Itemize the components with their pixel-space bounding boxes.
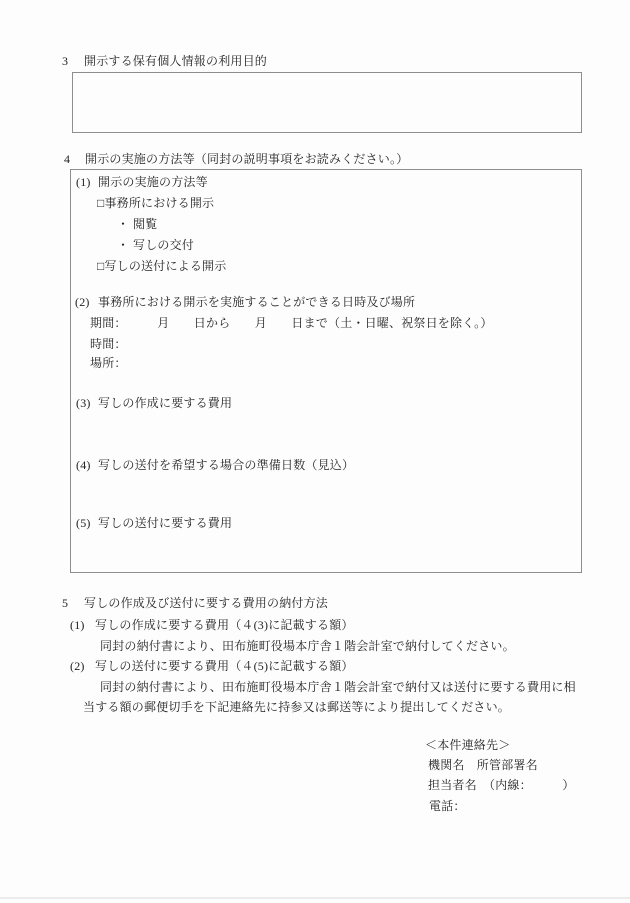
page-bottom-edge [0,897,630,899]
time-field: 時間： [90,335,127,353]
method-option-office: □事務所における開示 [97,194,214,212]
payment-item1-heading: (1)写しの作成に要する費用（４(3)に記載する額） [70,616,354,634]
payment-item2-body-line1: 同封の納付書により、田布施町役場本庁舎１階会計室で納付又は送付に要する費用に相 [100,678,576,696]
method-option-view: ・閲覧 [117,215,157,233]
payment-item2-number: (2) [70,657,95,675]
contact-phone: 電話： [429,797,466,815]
method-item1-heading: (1)開示の実施の方法等 [76,173,208,191]
payment-item2-title: 写しの送付に要する費用（４(5)に記載する額） [95,659,354,673]
place-field: 場所： [90,354,127,372]
method-option-copy-label: 写しの交付 [133,238,194,252]
method-item2-number: (2) [75,293,98,311]
payment-item2-heading: (2)写しの送付に要する費用（４(5)に記載する額） [70,657,354,675]
payment-item1-number: (1) [70,616,95,634]
method-option-office-label: 事務所における開示 [104,196,214,210]
payment-item1-title: 写しの作成に要する費用（４(3)に記載する額） [95,618,354,632]
method-item2-title: 事務所における開示を実施することができる日時及び場所 [98,295,415,309]
section5-heading: 5写しの作成及び送付に要する費用の納付方法 [62,594,328,612]
method-item3-number: (3) [76,394,98,412]
section5-number: 5 [62,594,84,612]
method-item5-heading: (5)写しの送付に要する費用 [76,514,232,532]
method-option-copy: ・写しの交付 [117,236,194,254]
method-item4-title: 写しの送付を希望する場合の準備日数（見込） [98,458,354,472]
method-option-mail: □写しの送付による開示 [97,257,226,275]
method-item5-number: (5) [76,514,98,532]
method-option-view-label: 閲覧 [133,217,157,231]
method-item3-heading: (3)写しの作成に要する費用 [76,394,232,412]
method-item4-number: (4) [76,456,98,474]
method-item1-title: 開示の実施の方法等 [98,175,208,189]
contact-person: 担当者名 （内線： ） [428,776,575,794]
method-item2-heading: (2)事務所における開示を実施することができる日時及び場所 [75,293,415,311]
section3-title: 開示する保有個人情報の利用目的 [84,54,267,68]
method-option-mail-label: 写しの送付による開示 [104,259,226,273]
period-field: 期間： 月 日から 月 日まで（土・日曜、祝祭日を除く。） [90,314,493,332]
section4-title: 開示の実施の方法等（同封の説明事項をお読みください。） [85,152,408,166]
method-item1-number: (1) [76,173,98,191]
payment-item2-body-line2: 当する額の郵便切手を下記連絡先に持参又は郵送等により提出してください。 [83,698,510,716]
contact-org: 機関名 所管部署名 [428,756,538,774]
method-item4-heading: (4)写しの送付を希望する場合の準備日数（見込） [76,456,354,474]
bullet-icon: ・ [117,236,133,254]
section3-heading: 3開示する保有個人情報の利用目的 [62,52,267,70]
section5-title: 写しの作成及び送付に要する費用の納付方法 [84,596,328,610]
document-page: 3開示する保有個人情報の利用目的 4開示の実施の方法等（同封の説明事項をお読みく… [0,0,630,903]
contact-header: ＜本件連絡先＞ [425,736,510,754]
method-item5-title: 写しの送付に要する費用 [98,516,232,530]
method-item3-title: 写しの作成に要する費用 [98,396,232,410]
purpose-box [72,72,582,133]
bullet-icon: ・ [117,215,133,233]
section4-heading: 4開示の実施の方法等（同封の説明事項をお読みください。） [64,150,408,168]
section4-number: 4 [64,150,85,168]
section3-number: 3 [62,52,84,70]
payment-item1-body: 同封の納付書により、田布施町役場本庁舎１階会計室で納付してください。 [100,637,515,655]
